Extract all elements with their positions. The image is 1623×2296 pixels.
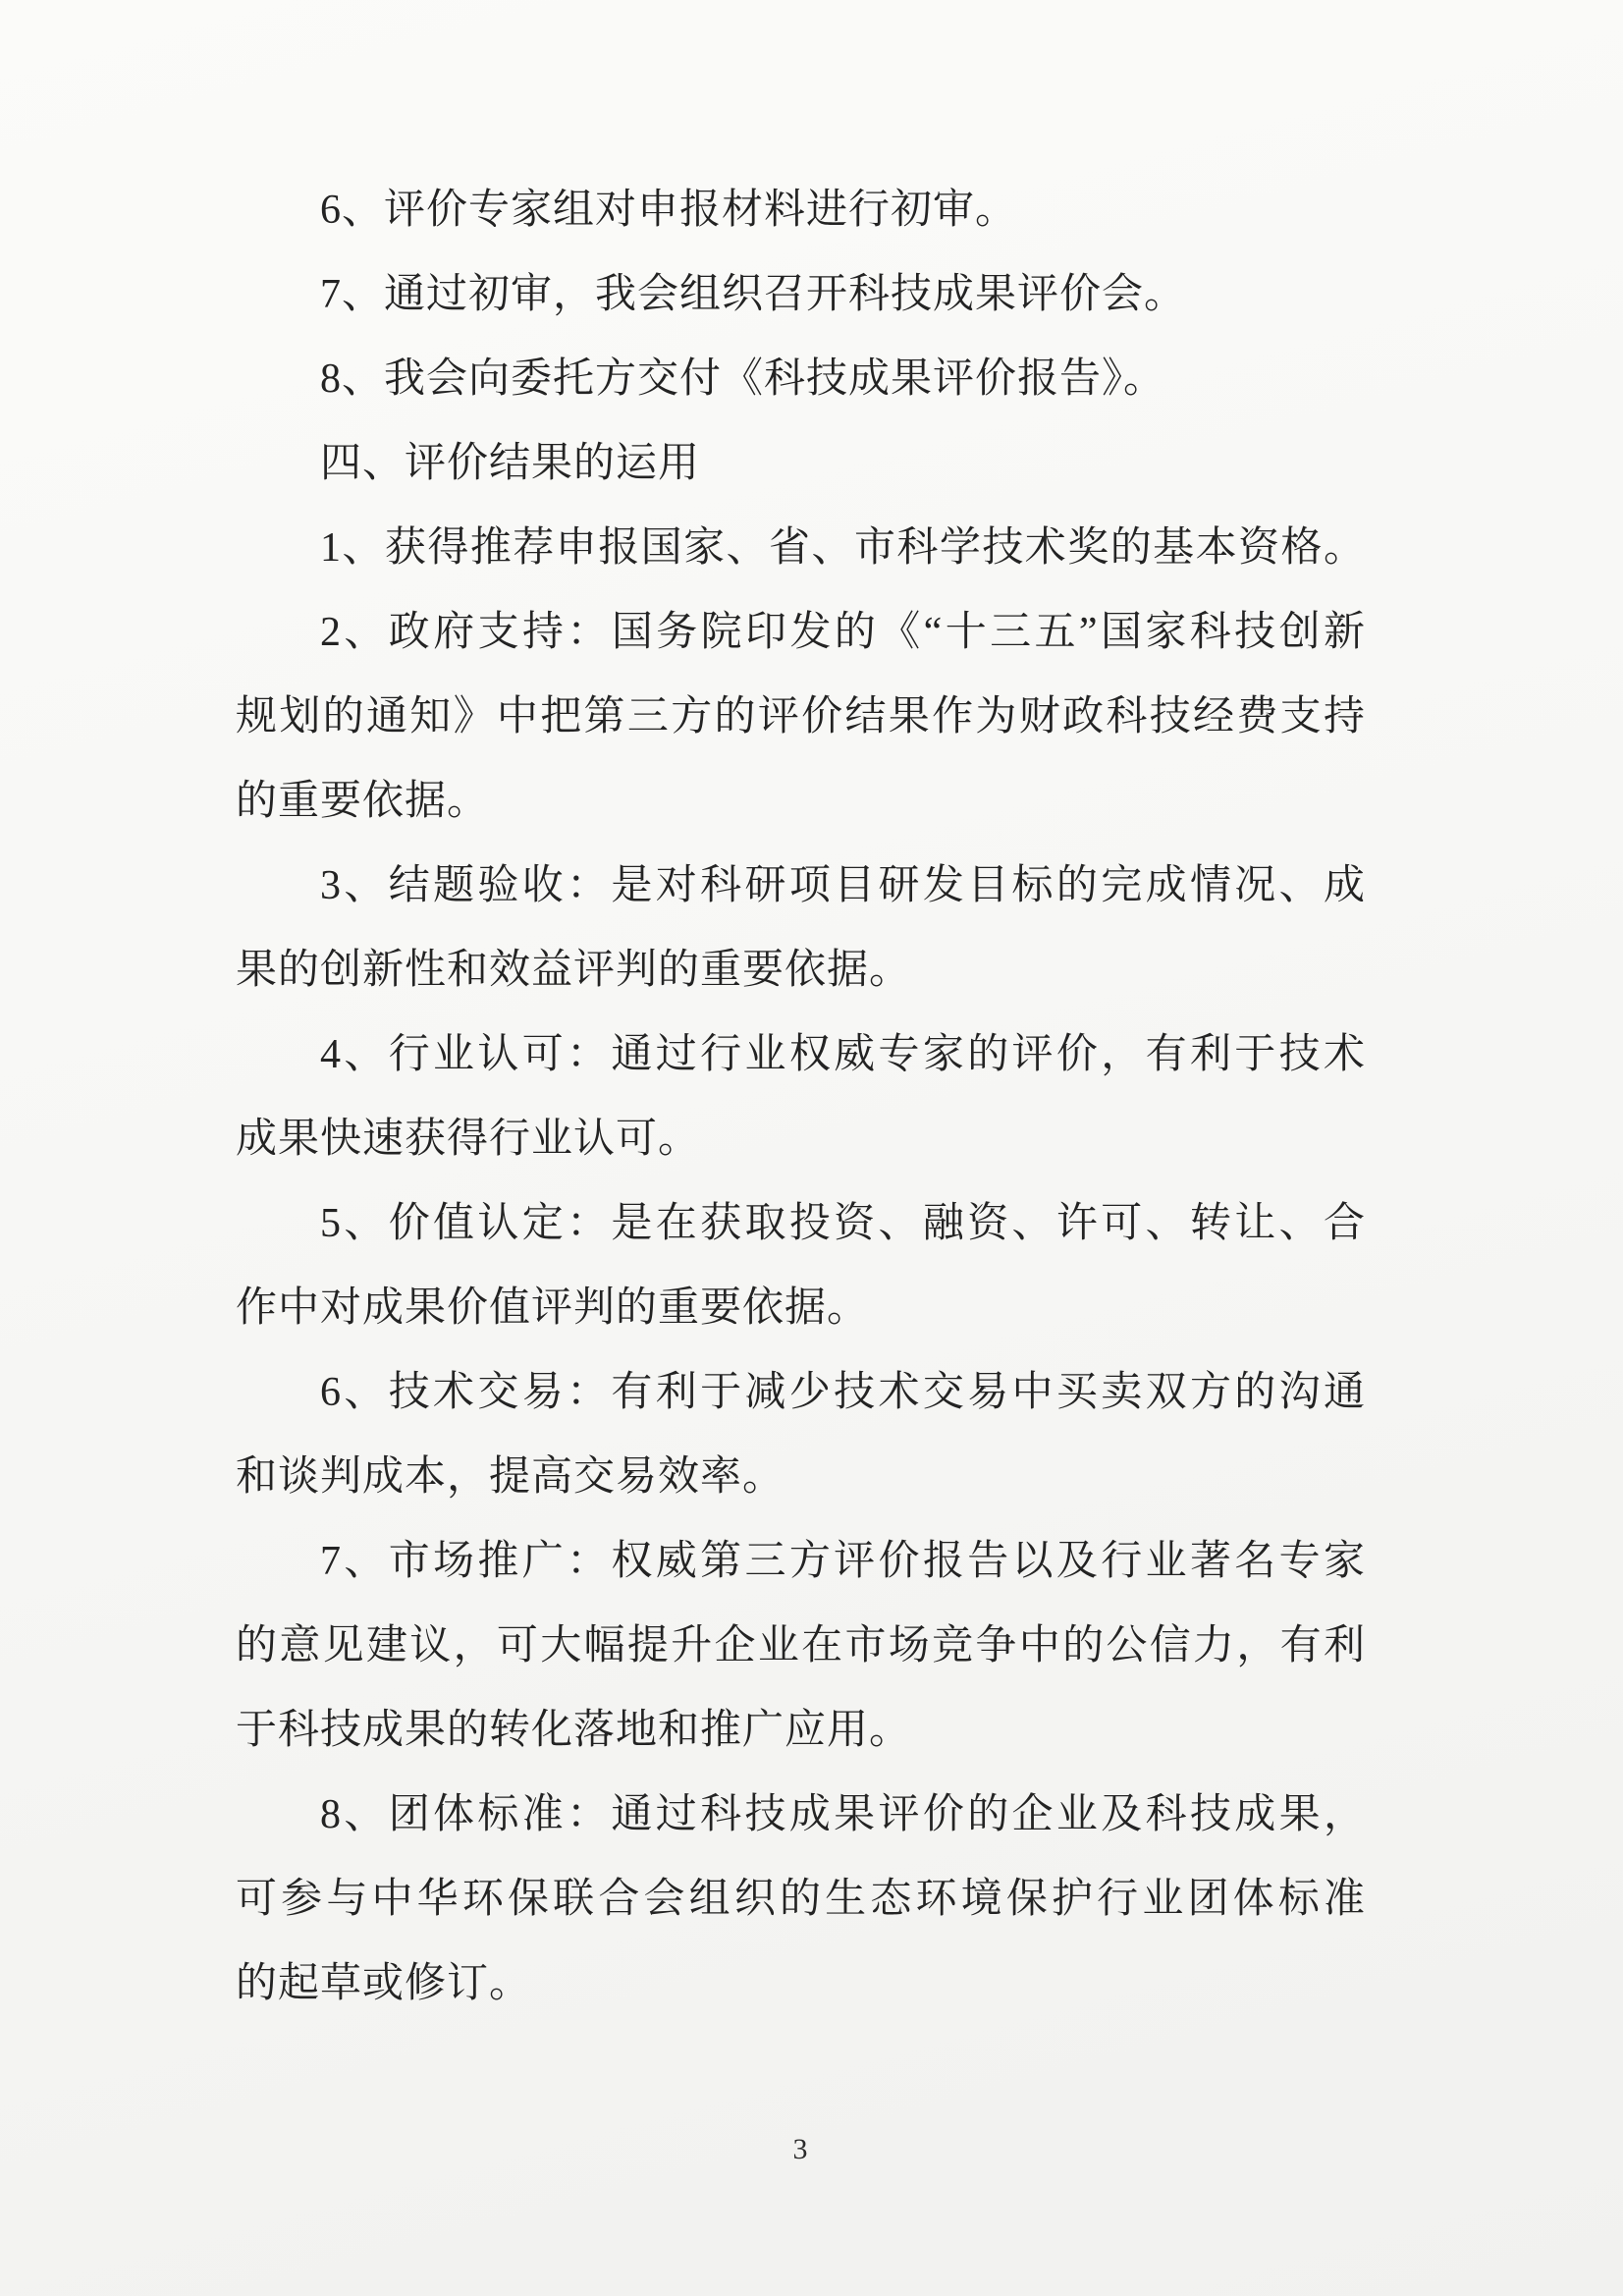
doc-line: 的起草或修订。: [236, 1941, 1365, 2026]
doc-line: 果的创新性和效益评判的重要依据。: [236, 928, 1365, 1012]
page-number: 3: [236, 2133, 1365, 2166]
doc-line: 的重要依据。: [236, 759, 1365, 844]
doc-line: 于科技成果的转化落地和推广应用。: [236, 1688, 1365, 1773]
doc-line: 的意见建议，可大幅提升企业在市场竞争中的公信力，有利: [236, 1604, 1365, 1688]
doc-line: 7、通过初审，我会组织召开科技成果评价会。: [236, 252, 1365, 337]
doc-line: 2、政府支持：国务院印发的《“十三五”国家科技创新: [236, 590, 1365, 675]
doc-line: 成果快速获得行业认可。: [236, 1097, 1365, 1181]
doc-line: 7、市场推广：权威第三方评价报告以及行业著名专家: [236, 1519, 1365, 1604]
doc-line: 6、技术交易：有利于减少技术交易中买卖双方的沟通: [236, 1350, 1365, 1435]
doc-line: 作中对成果价值评判的重要依据。: [236, 1266, 1365, 1350]
doc-line: 8、我会向委托方交付《科技成果评价报告》。: [236, 337, 1365, 421]
doc-line: 5、价值认定：是在获取投资、融资、许可、转让、合: [236, 1181, 1365, 1266]
doc-line: 8、团体标准：通过科技成果评价的企业及科技成果，: [236, 1773, 1365, 1857]
document-body: 6、评价专家组对申报材料进行初审。 7、通过初审，我会组织召开科技成果评价会。 …: [236, 168, 1365, 2026]
doc-line: 规划的通知》中把第三方的评价结果作为财政科技经费支持: [236, 675, 1365, 759]
doc-line: 可参与中华环保联合会组织的生态环境保护行业团体标准: [236, 1857, 1365, 1941]
doc-line: 3、结题验收：是对科研项目研发目标的完成情况、成: [236, 844, 1365, 928]
doc-section-heading: 四、评价结果的运用: [236, 421, 1365, 506]
doc-line: 4、行业认可：通过行业权威专家的评价，有利于技术: [236, 1012, 1365, 1097]
doc-line: 和谈判成本，提高交易效率。: [236, 1435, 1365, 1519]
document-page: 6、评价专家组对申报材料进行初审。 7、通过初审，我会组织召开科技成果评价会。 …: [0, 0, 1623, 2296]
doc-line: 6、评价专家组对申报材料进行初审。: [236, 168, 1365, 252]
doc-line: 1、获得推荐申报国家、省、市科学技术奖的基本资格。: [236, 506, 1365, 590]
